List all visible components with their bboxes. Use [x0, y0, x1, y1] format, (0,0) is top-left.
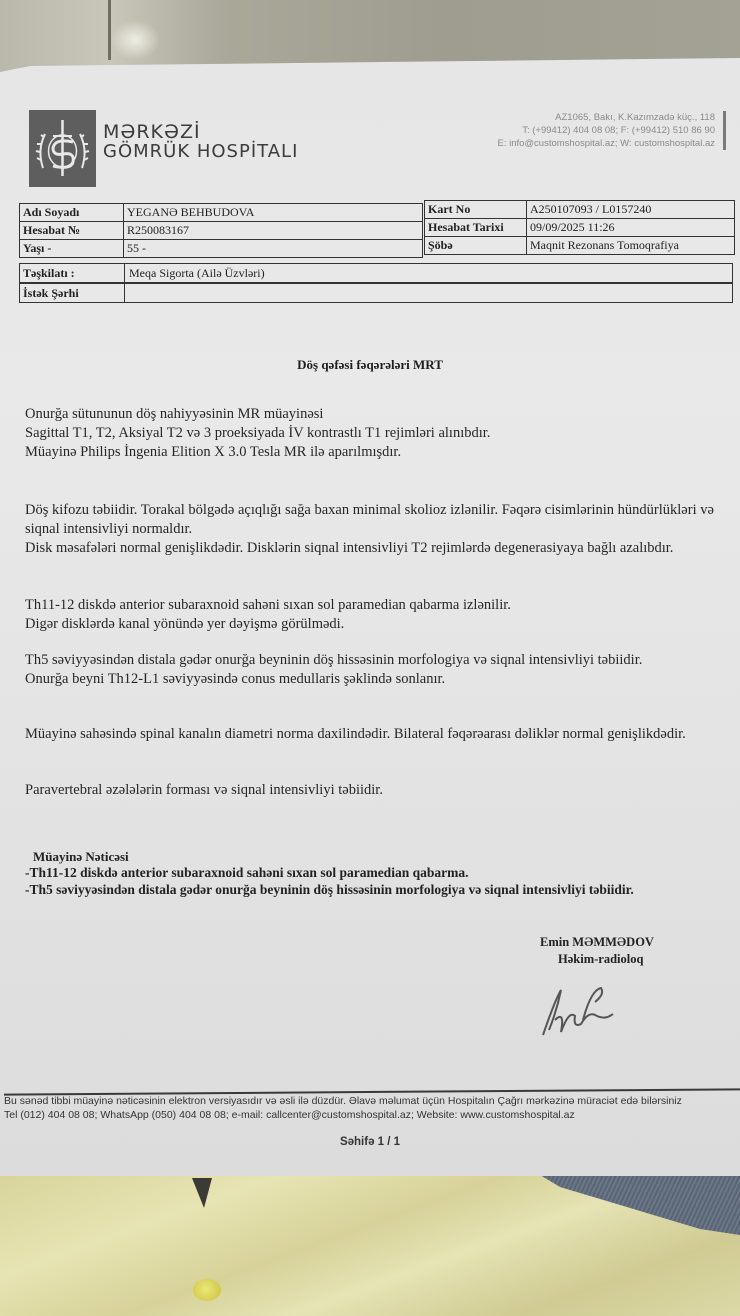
- background-light: [110, 20, 160, 60]
- report-paragraph-spinal-cord: Th5 səviyyəsindən distala gədər onurğa b…: [25, 651, 725, 689]
- card-number-label: Kart No: [425, 201, 527, 219]
- conclusion-text: -Th11-12 diskdə anterior subaraxnoid sah…: [25, 864, 725, 898]
- organization-row: Təşkilatı : Meqa Sigorta (Ailə Üzvləri): [19, 263, 733, 283]
- table-row: Hesabat № R250083167: [20, 222, 423, 240]
- card-number-value: A250107093 / L0157240: [527, 201, 735, 219]
- footer-line2: Tel (012) 404 08 08; WhatsApp (050) 404 …: [4, 1108, 682, 1122]
- table-row: Kart No A250107093 / L0157240: [425, 201, 735, 219]
- report-date-label: Hesabat Tarixi: [425, 219, 527, 237]
- hospital-email-web: E: info@customshospital.az; W: customsho…: [497, 137, 715, 150]
- report-paragraph-disc: Th11-12 diskdə anterior subaraxnoid sahə…: [25, 596, 725, 634]
- table-row: Adı Soyadı YEGANƏ BEHBUDOVA: [20, 204, 423, 222]
- report-number-value: R250083167: [124, 222, 423, 240]
- footer-line1: Bu sənəd tibbi müayinə nəticəsinin elekt…: [4, 1094, 682, 1108]
- name-label: Adı Soyadı: [20, 204, 124, 222]
- request-comment-label: İstək Şərhi: [23, 286, 79, 301]
- table-row: Yaşı - 55 -: [20, 240, 423, 258]
- doctor-role: Həkim-radioloq: [558, 952, 643, 967]
- organization-value: Meqa Sigorta (Ailə Üzvləri): [129, 266, 265, 281]
- organization-label: Təşkilatı :: [23, 266, 75, 281]
- report-number-label: Hesabat №: [20, 222, 124, 240]
- page-number: Səhifə 1 / 1: [0, 1136, 740, 1148]
- shirt-button: [193, 1279, 221, 1301]
- brand-line2: GÖMRÜK HOSPİTALI: [103, 142, 298, 162]
- caduceus-emblem-icon: [29, 110, 96, 187]
- handwritten-signature-icon: [535, 980, 625, 1045]
- hospital-contact: AZ1065, Bakı, K.Kazımzadə küç., 118 T: (…: [497, 111, 726, 150]
- hospital-phone-fax: T: (+99412) 404 08 08; F: (+99412) 510 8…: [497, 124, 715, 137]
- report-paragraph-kyphosis: Döş kifozu təbiidir. Torakal bölgədə açı…: [25, 501, 725, 558]
- report-paragraph-canal: Müayinə sahəsində spinal kanalın diametr…: [25, 725, 725, 744]
- report-date-value: 09/09/2025 11:26: [527, 219, 735, 237]
- report-title: Döş qəfəsi fəqərələri MRT: [0, 357, 740, 373]
- background-edge: [108, 0, 111, 60]
- request-comment-row: İstək Şərhi: [19, 283, 733, 303]
- report-paragraph-technique: Onurğa sütununun döş nahiyyəsinin MR müa…: [25, 405, 725, 462]
- patient-info-table-left: Adı Soyadı YEGANƏ BEHBUDOVA Hesabat № R2…: [19, 203, 423, 258]
- department-label: Şöbə: [425, 237, 527, 255]
- patient-info-table-right: Kart No A250107093 / L0157240 Hesabat Ta…: [424, 200, 735, 255]
- department-value: Maqnit Rezonans Tomoqrafiya: [527, 237, 735, 255]
- report-paragraph-paravertebral: Paravertebral əzələlərin forması və siqn…: [25, 781, 725, 800]
- age-value: 55 -: [124, 240, 423, 258]
- age-label: Yaşı -: [20, 240, 124, 258]
- doctor-name: Emin MƏMMƏDOV: [540, 935, 654, 950]
- table-row: Hesabat Tarixi 09/09/2025 11:26: [425, 219, 735, 237]
- name-value: YEGANƏ BEHBUDOVA: [124, 204, 423, 222]
- hospital-address: AZ1065, Bakı, K.Kazımzadə küç., 118: [497, 111, 715, 124]
- conclusion-heading: Müayinə Nəticəsi: [33, 849, 129, 865]
- footer-note: Bu sənəd tibbi müayinə nəticəsinin elekt…: [4, 1094, 682, 1122]
- brand-line1: MƏRKƏZİ: [103, 122, 298, 142]
- table-row: Şöbə Maqnit Rezonans Tomoqrafiya: [425, 237, 735, 255]
- hospital-brand: MƏRKƏZİ GÖMRÜK HOSPİTALI: [103, 122, 298, 162]
